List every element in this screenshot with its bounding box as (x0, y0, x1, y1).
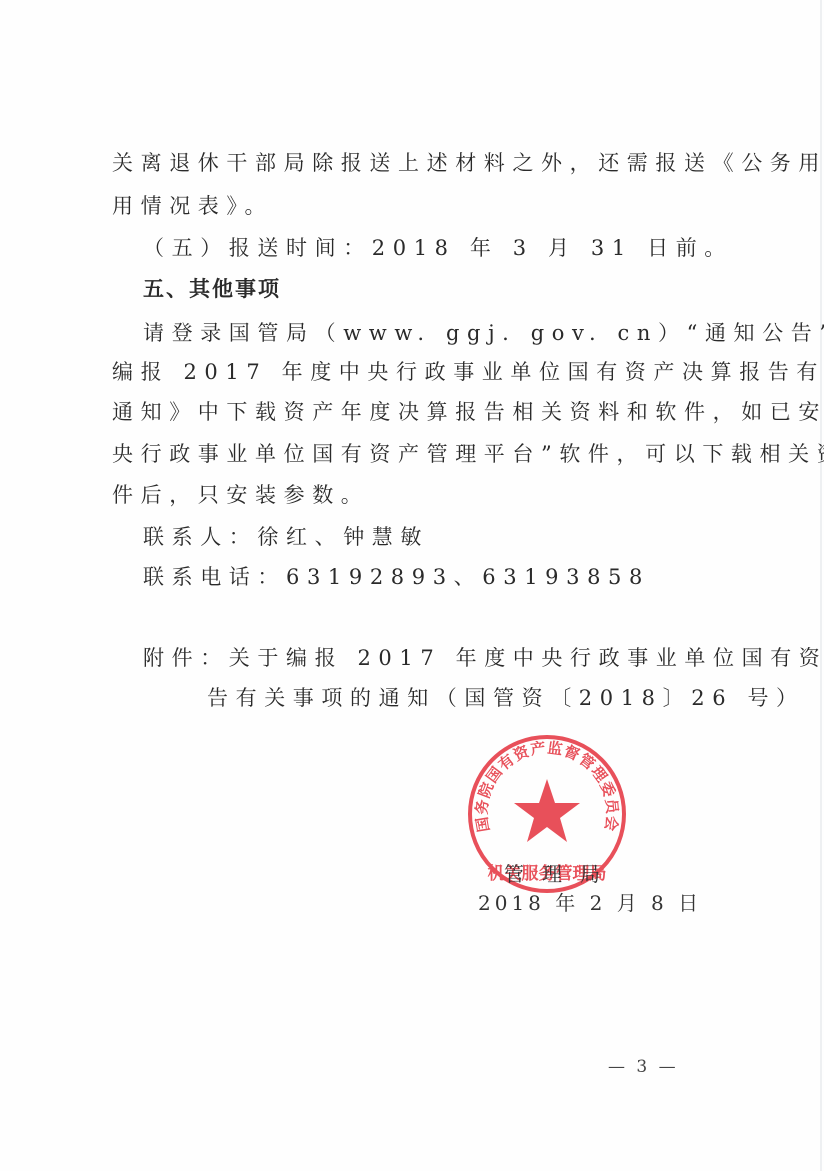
other-matters-line: 通知》中下载资产年度决算报告相关资料和软件，如已安装了“中 (112, 398, 722, 426)
page-number: — 3 — (608, 1057, 679, 1077)
contact-person: 联系人：徐红、钟慧敏 (143, 523, 753, 551)
paragraph-line: 用情况表》。 (112, 192, 722, 220)
other-matters-line: 件后，只安装参数。 (112, 481, 722, 509)
section-heading: 五、其他事项 (143, 275, 753, 303)
contact-phone: 联系电话：63192893、63193858 (143, 563, 753, 591)
attachment-line: 告有关事项的通知（国管资〔2018〕26 号） (207, 684, 817, 712)
other-matters-line: 请登录国管局（www. ggj. gov. cn）“通知公告”栏目，从《关于 (143, 319, 753, 347)
issue-date: 2018 年 2 月 8 日 (478, 887, 702, 916)
paragraph-line: 关离退休干部局除报送上述材料之外，还需报送《公务用车运行费 (112, 149, 722, 177)
attachment-line: 附件：关于编报 2017 年度中央行政事业单位国有资产决算报 (143, 644, 753, 672)
scan-edge (820, 0, 822, 1171)
other-matters-line: 央行政事业单位国有资产管理平台”软件，可以下载相关资料和软 (112, 440, 722, 468)
issuing-authority: 管理局 (504, 858, 618, 887)
submission-deadline: （五）报送时间：2018 年 3 月 31 日前。 (143, 234, 753, 262)
document-page: 关离退休干部局除报送上述材料之外，还需报送《公务用车运行费 用情况表》。 （五）… (0, 0, 824, 1171)
other-matters-line: 编报 2017 年度中央行政事业单位国有资产决算报告有关事项的 (112, 358, 722, 386)
